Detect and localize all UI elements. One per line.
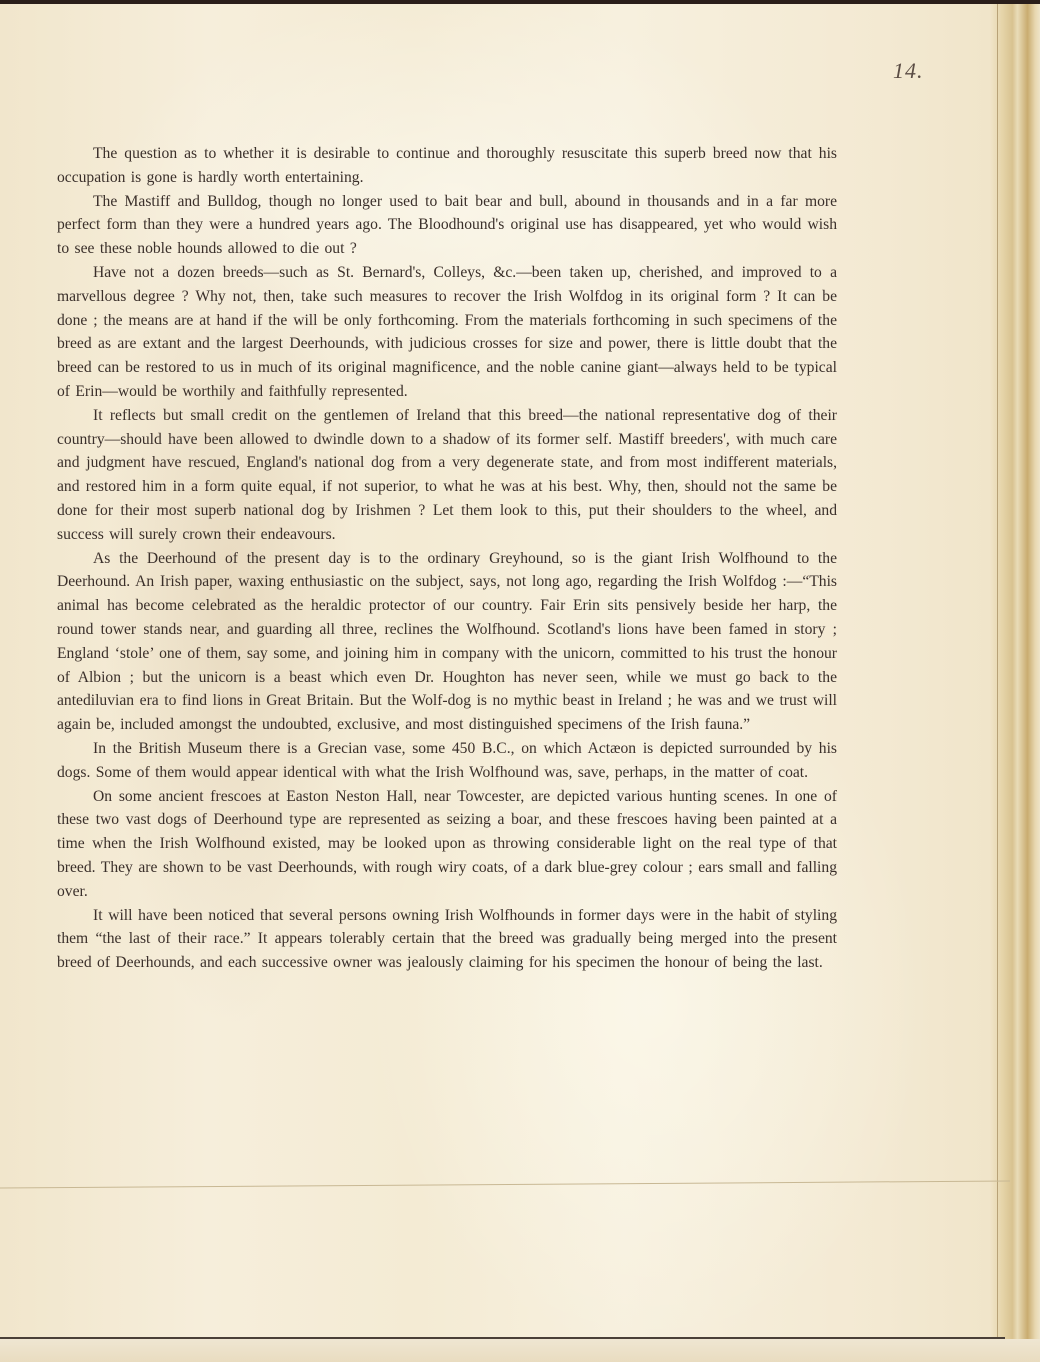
paragraph-8: It will have been noticed that several p…	[57, 904, 837, 975]
paragraph-3: Have not a dozen breeds—such as St. Bern…	[57, 261, 837, 404]
paragraph-1: The question as to whether it is desirab…	[57, 142, 837, 190]
body-text: The question as to whether it is desirab…	[57, 142, 837, 975]
fold-crease-top	[0, 1180, 1010, 1188]
paragraph-6: In the British Museum there is a Grecian…	[57, 737, 837, 785]
handwritten-page-number: 14.	[893, 58, 924, 84]
page-bottom-edge	[0, 1339, 1040, 1362]
scanned-page: 14. The question as to whether it is des…	[0, 4, 1040, 1362]
spine-line	[997, 4, 998, 1362]
paragraph-2: The Mastiff and Bulldog, though no longe…	[57, 190, 837, 261]
paragraph-7: On some ancient frescoes at Easton Nesto…	[57, 785, 837, 904]
paragraph-5: As the Deerhound of the present day is t…	[57, 547, 837, 737]
paragraph-4: It reflects but small credit on the gent…	[57, 404, 837, 547]
